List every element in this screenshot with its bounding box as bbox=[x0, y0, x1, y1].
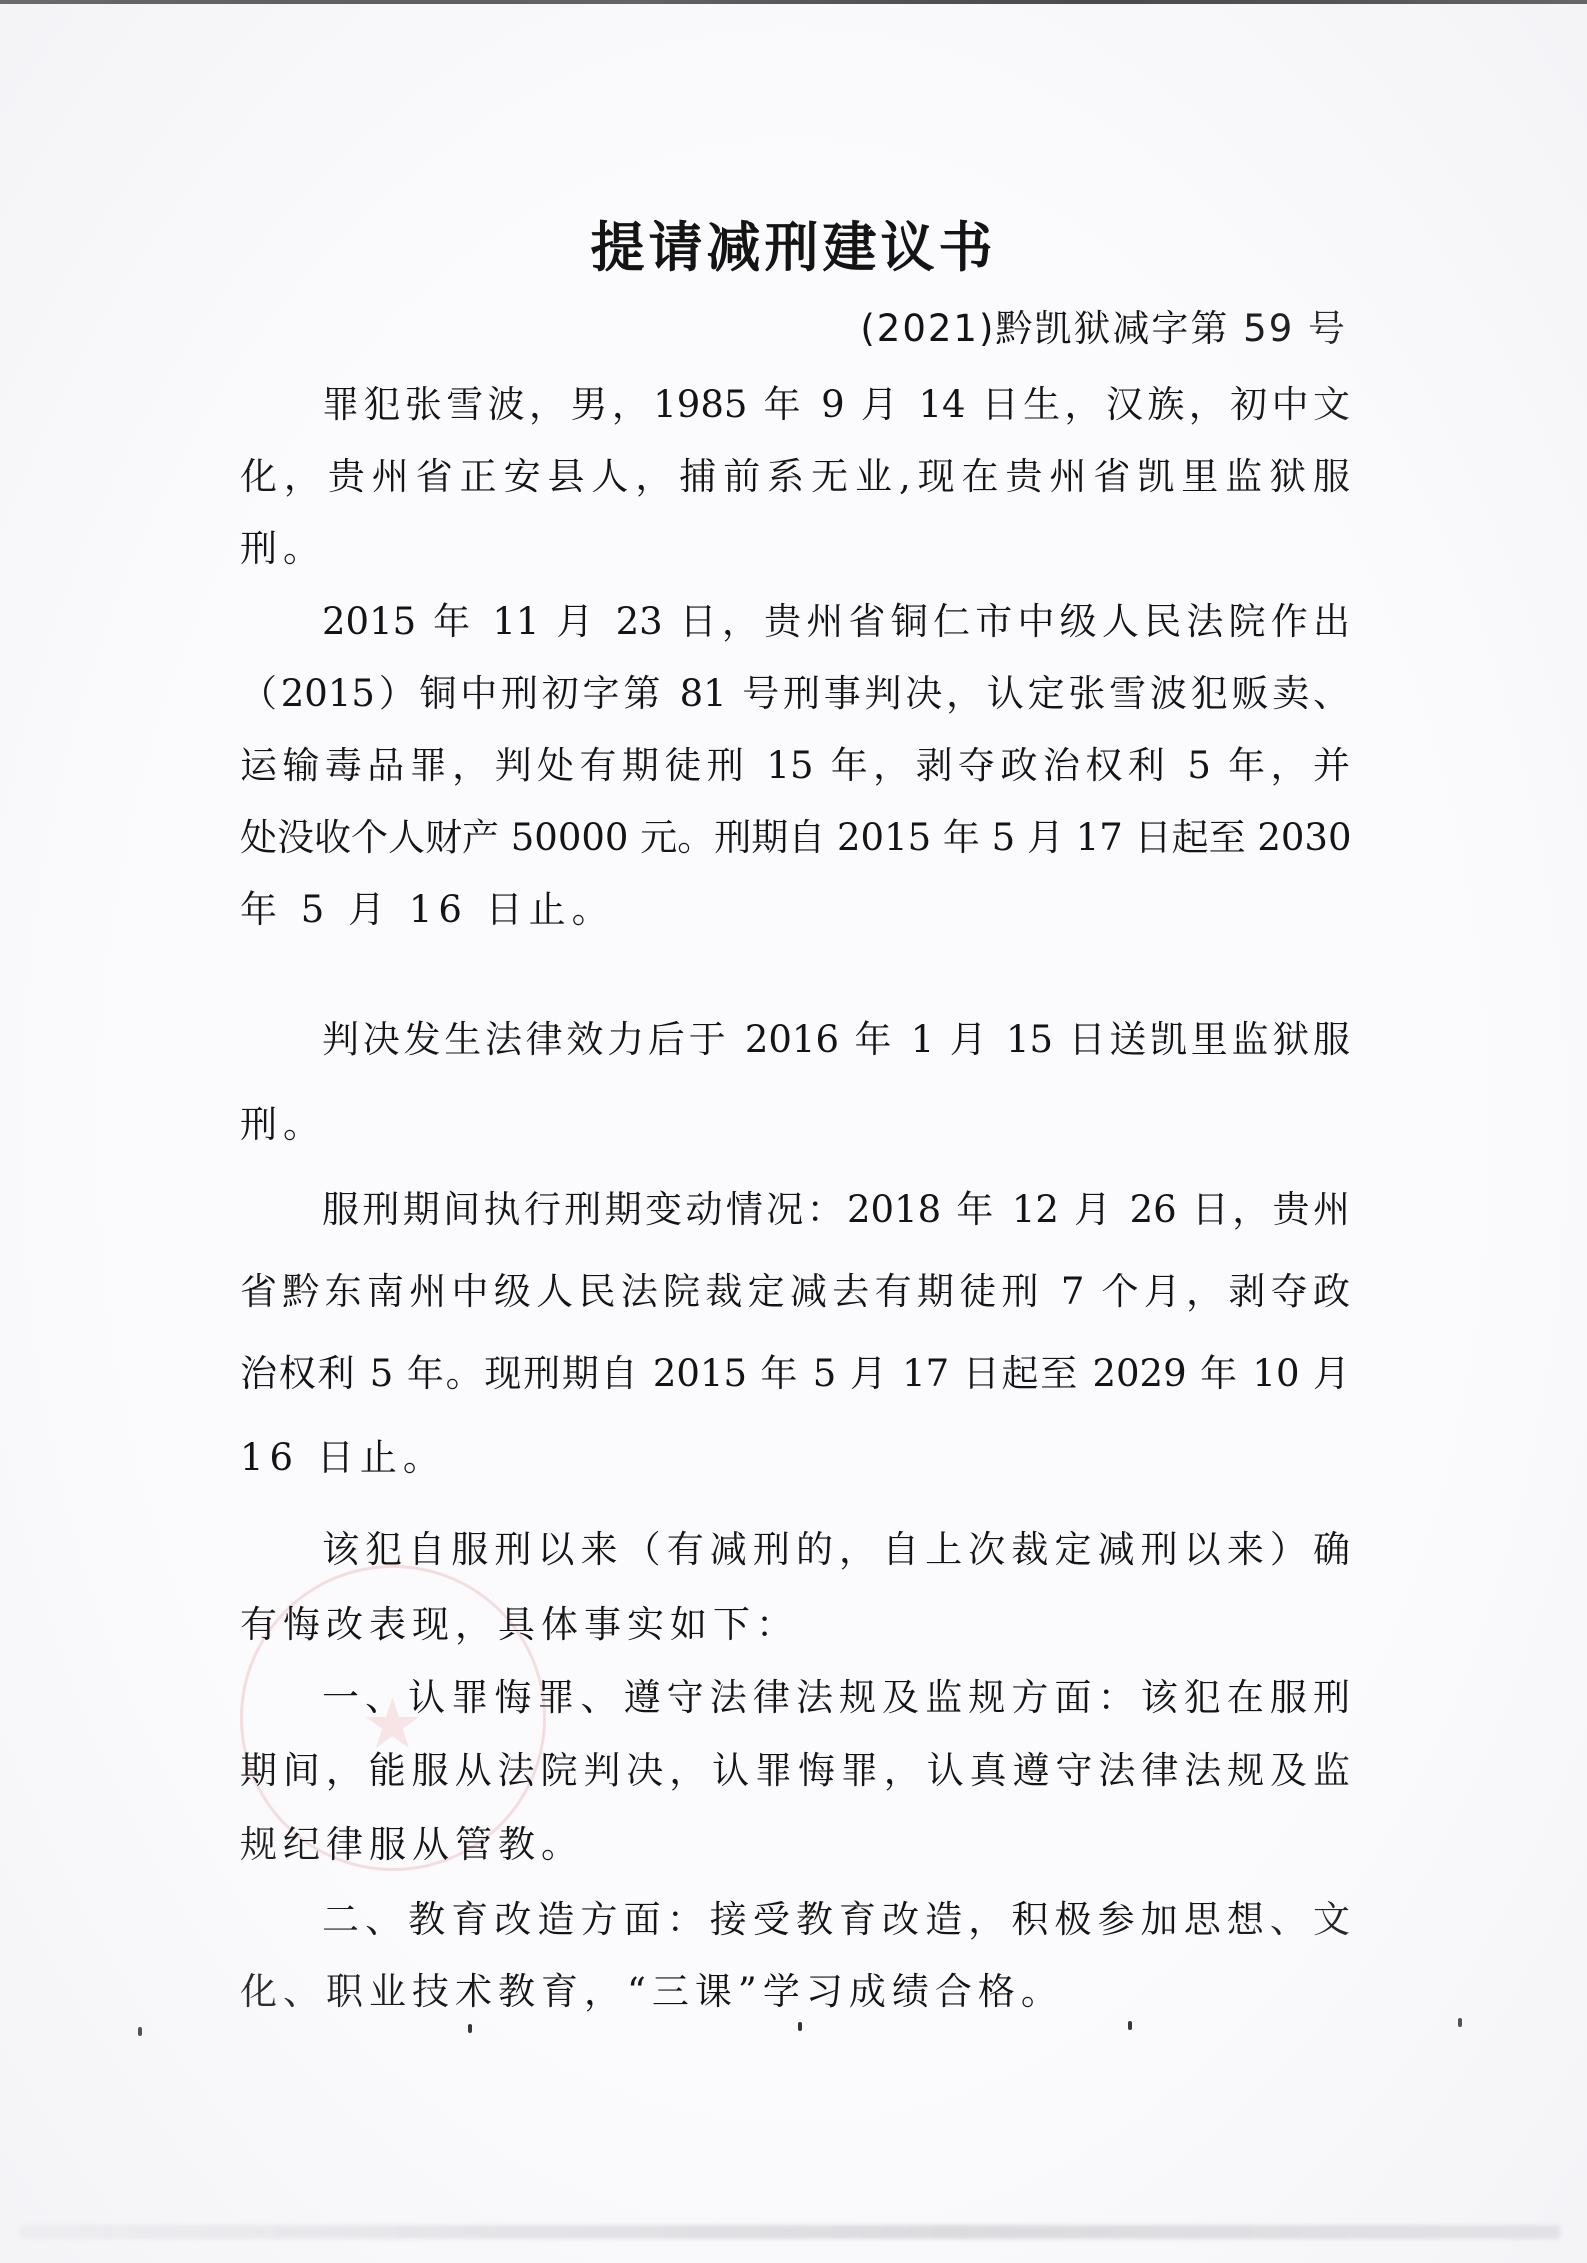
paragraph-4-line-4: 16 日止。 bbox=[240, 1428, 1350, 1488]
paragraph-1-line-3: 刑。 bbox=[240, 519, 1350, 579]
paragraph-4-line-3: 治权利 5 年。现刑期自 2015 年 5 月 17 日起至 2029 年 10… bbox=[240, 1344, 1350, 1404]
paragraph-5-line-2: 有悔改表现，具体事实如下： bbox=[240, 1595, 1350, 1655]
paragraph-6-line-3: 规纪律服从管教。 bbox=[240, 1815, 1350, 1875]
paragraph-6-line-1: 一、认罪悔罪、遵守法律法规及监规方面：该犯在服刑 bbox=[322, 1668, 1350, 1728]
scan-speck bbox=[798, 2022, 802, 2031]
paragraph-2-line-4: 处没收个人财产 50000 元。刑期自 2015 年 5 月 17 日起至 20… bbox=[240, 808, 1350, 868]
paragraph-3-line-1: 判决发生法律效力后于 2016 年 1 月 15 日送凯里监狱服 bbox=[322, 1010, 1350, 1070]
paragraph-2-line-5: 年 5 月 16 日止。 bbox=[240, 880, 1350, 940]
scan-top-edge bbox=[0, 0, 1587, 4]
scan-speck bbox=[138, 2027, 142, 2036]
paragraph-7-line-2: 化、职业技术教育，“三课”学习成绩合格。 bbox=[240, 1962, 1350, 2022]
scan-bottom-noise bbox=[20, 2225, 1560, 2239]
scan-speck bbox=[468, 2024, 472, 2033]
paragraph-7-line-1: 二、教育改造方面：接受教育改造，积极参加思想、文 bbox=[322, 1890, 1350, 1950]
paragraph-1-line-2: 化，贵州省正安县人，捕前系无业,现在贵州省凯里监狱服 bbox=[240, 447, 1350, 507]
paragraph-6-line-2: 期间，能服从法院判决，认罪悔罪，认真遵守法律法规及监 bbox=[240, 1741, 1350, 1801]
document-title: 提请减刑建议书 bbox=[0, 205, 1587, 282]
paragraph-2-line-2: （2015）铜中刑初字第 81 号刑事判决，认定张雪波犯贩卖、 bbox=[240, 664, 1350, 724]
paragraph-5-line-1: 该犯自服刑以来（有减刑的，自上次裁定减刑以来）确 bbox=[322, 1520, 1350, 1580]
scan-speck bbox=[1458, 2018, 1462, 2027]
paragraph-2-line-1: 2015 年 11 月 23 日，贵州省铜仁市中级人民法院作出 bbox=[322, 592, 1350, 652]
paragraph-3-line-2: 刑。 bbox=[240, 1095, 1350, 1155]
paragraph-2-line-3: 运输毒品罪，判处有期徒刑 15 年，剥夺政治权利 5 年，并 bbox=[240, 736, 1350, 796]
paragraph-4-line-1: 服刑期间执行刑期变动情况：2018 年 12 月 26 日，贵州 bbox=[322, 1180, 1350, 1240]
paragraph-1-line-1: 罪犯张雪波，男，1985 年 9 月 14 日生，汉族，初中文 bbox=[322, 375, 1350, 435]
document-number: (2021)黔凯狱减字第 59 号 bbox=[860, 298, 1347, 352]
paragraph-4-line-2: 省黔东南州中级人民法院裁定减去有期徒刑 7 个月，剥夺政 bbox=[240, 1262, 1350, 1322]
scan-speck bbox=[1128, 2021, 1132, 2030]
